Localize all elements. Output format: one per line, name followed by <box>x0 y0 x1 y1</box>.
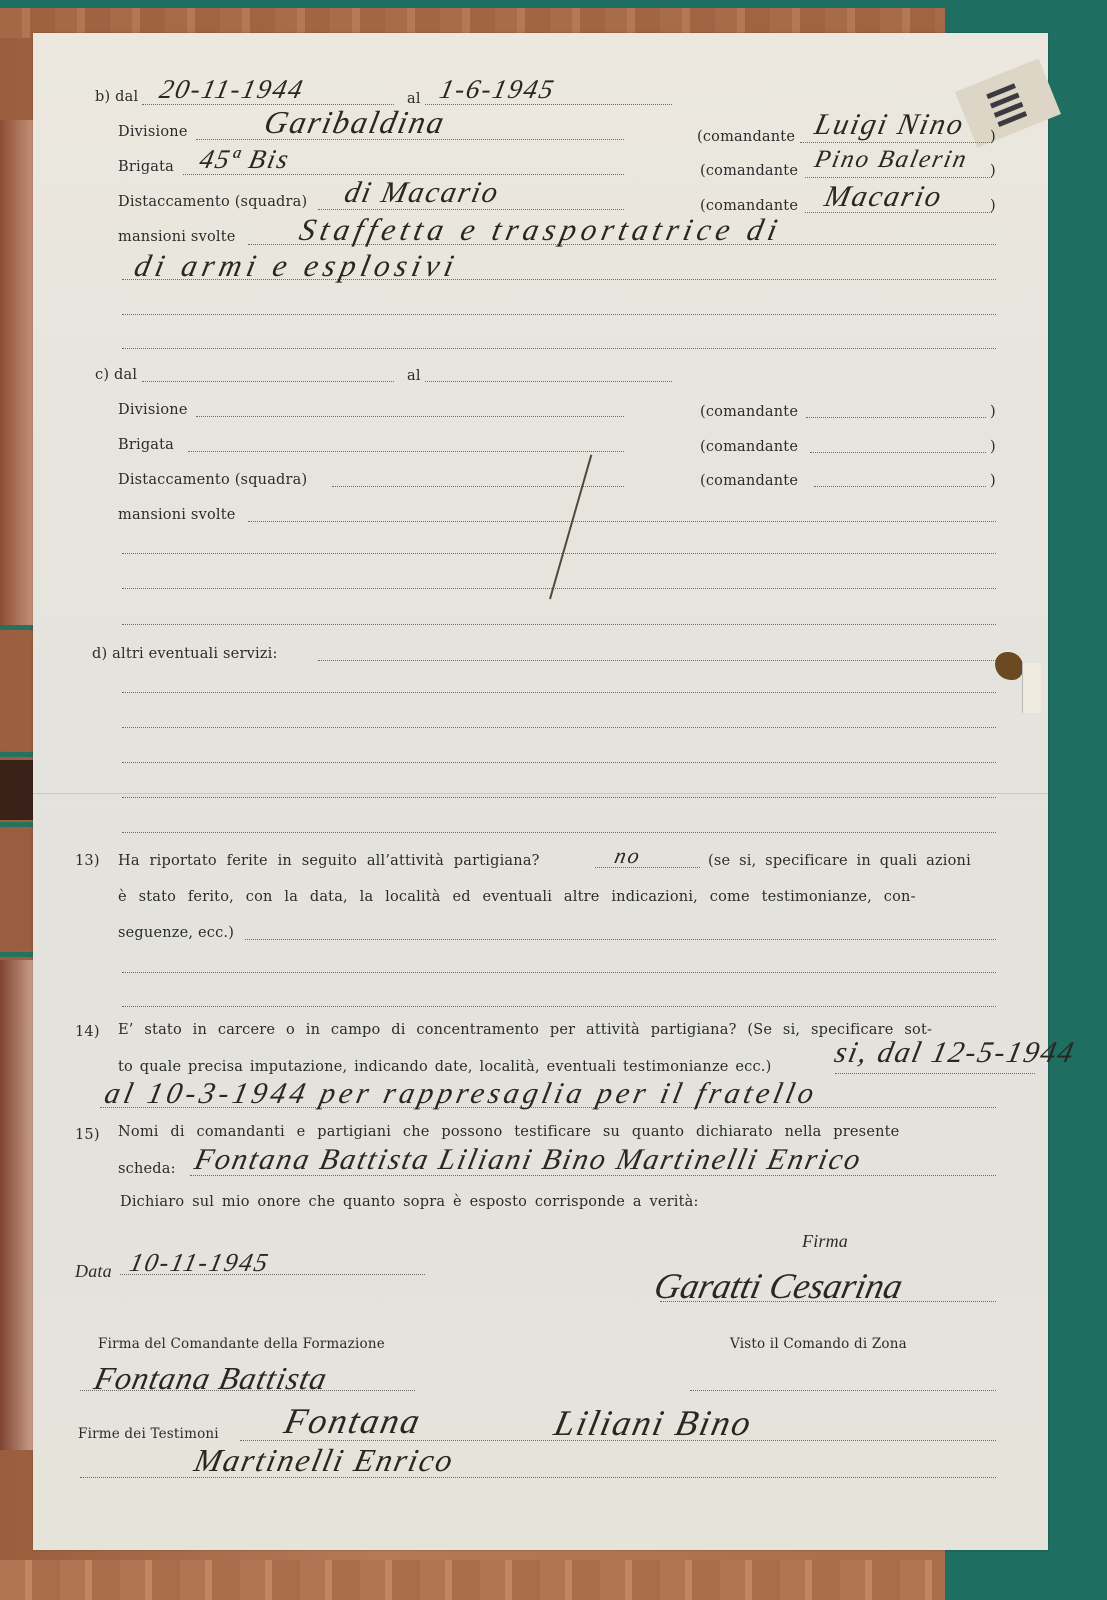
b-brigata-comandante-label: (comandante <box>700 163 798 179</box>
q13-line3-dots <box>245 939 996 940</box>
b-distaccamento-value: di Macario <box>341 176 502 210</box>
binder-spine <box>0 760 34 820</box>
b-mansioni-value-2: di armi e esplosivi <box>131 248 462 284</box>
d-line-3 <box>122 727 996 728</box>
firma-signature: Garatti Cesarina <box>651 1265 907 1307</box>
q13-line3: seguenze, ecc.) <box>118 925 234 941</box>
c-dal-line <box>142 381 394 382</box>
b-brigata-comandante-line <box>805 177 992 178</box>
b-divisione-value: Garibaldina <box>261 104 449 141</box>
q14-line1: E’ stato in carcere o in campo di concen… <box>118 1022 932 1038</box>
c-divisione-close: ) <box>990 404 996 420</box>
paper-fold <box>33 793 1048 794</box>
q14-answer-2: al 10-3-1944 per rappresaglia per il fra… <box>101 1077 820 1111</box>
visto-label: Visto il Comando di Zona <box>730 1336 907 1352</box>
binder-band <box>0 952 34 957</box>
b-distaccamento-comandante-value: Macario <box>821 180 946 214</box>
q15-scheda-label: scheda: <box>118 1161 176 1177</box>
testimoni-label: Firme dei Testimoni <box>78 1426 219 1442</box>
c-distaccamento-comandante-line <box>814 486 986 487</box>
c-mansioni-line-1 <box>248 521 996 522</box>
c-brigata-label: Brigata <box>118 437 174 453</box>
b-brigata-comandante-value: Pino Balerin <box>812 146 970 174</box>
q13-extra-line-2 <box>122 1006 996 1007</box>
q13-answer: no <box>612 843 644 869</box>
d-line-6 <box>122 832 996 833</box>
data-label: Data <box>75 1261 112 1282</box>
q15-answer: Fontana Battista Liliani Bino Martinelli… <box>191 1143 865 1177</box>
c-divisione-line <box>196 416 624 417</box>
c-brigata-line <box>188 451 624 452</box>
b-mansioni-line-3 <box>122 314 996 315</box>
c-mansioni-label: mansioni svolte <box>118 507 236 523</box>
b-al-value: 1-6-1945 <box>437 74 559 105</box>
comandante-formazione-label: Firma del Comandante della Formazione <box>98 1336 385 1352</box>
visto-line <box>690 1390 996 1391</box>
binder-spine <box>0 830 34 950</box>
q13-line1-cont: (se si, specificare in quali azioni <box>708 853 971 869</box>
binder-spine <box>0 960 34 1450</box>
b-brigata-value: 45ª Bis <box>197 144 293 175</box>
data-value: 10-11-1945 <box>127 1248 273 1278</box>
d-line-4 <box>122 762 996 763</box>
c-mansioni-line-3 <box>122 588 996 589</box>
binder-band <box>0 625 34 630</box>
d-line-1 <box>318 660 996 661</box>
d-line-2 <box>122 692 996 693</box>
c-al-line <box>425 381 672 382</box>
testimoni-signature-1: Fontana <box>281 1400 426 1442</box>
b-distaccamento-close: ) <box>990 198 996 214</box>
q14-answer-1: si, dal 12-5-1944 <box>831 1036 1078 1070</box>
q13-line2: è stato ferito, con la data, la località… <box>118 889 916 905</box>
testimoni-signature-2: Liliani Bino <box>551 1402 757 1444</box>
binder-band <box>0 822 34 827</box>
b-brigata-label: Brigata <box>118 159 174 175</box>
b-dal-label: b) dal <box>95 89 138 105</box>
d-line-5 <box>122 797 996 798</box>
c-distaccamento-close: ) <box>990 473 996 489</box>
b-divisione-close: ) <box>990 129 996 145</box>
q14-number: 14) <box>75 1024 100 1040</box>
binder-spine <box>0 120 34 630</box>
c-al-label: al <box>407 368 421 384</box>
b-mansioni-line-4 <box>122 348 996 349</box>
q14-line2: to quale precisa imputazione, indicando … <box>118 1059 771 1075</box>
c-divisione-comandante-label: (comandante <box>700 404 798 420</box>
d-label: d) altri eventuali servizi: <box>92 646 278 662</box>
c-divisione-label: Divisione <box>118 402 188 418</box>
corner-stamp <box>955 58 1061 147</box>
q14-answer-line-1 <box>835 1073 1035 1074</box>
c-divisione-comandante-line <box>806 417 986 418</box>
c-brigata-comandante-line <box>810 452 986 453</box>
firma-label: Firma <box>802 1231 848 1252</box>
b-divisione-comandante-line <box>800 142 992 143</box>
wood-board-bottom-edge <box>0 1560 945 1600</box>
c-mansioni-line-2 <box>122 553 996 554</box>
comandante-formazione-signature: Fontana Battista <box>91 1360 331 1397</box>
declaration-text: Dichiaro sul mio onore che quanto sopra … <box>120 1194 699 1210</box>
binder-band <box>0 752 34 757</box>
b-divisione-label: Divisione <box>118 124 188 140</box>
c-distaccamento-comandante-label: (comandante <box>700 473 798 489</box>
q13-line1: Ha riportato ferite in seguito all’attiv… <box>118 853 540 869</box>
q15-number: 15) <box>75 1127 100 1143</box>
c-brigata-close: ) <box>990 439 996 455</box>
b-distaccamento-label: Distaccamento (squadra) <box>118 194 307 210</box>
q13-answer-line <box>595 867 700 868</box>
b-mansioni-value-1: Staffetta e trasportatrice di <box>296 212 785 248</box>
binder-spine <box>0 640 34 750</box>
c-distaccamento-label: Distaccamento (squadra) <box>118 472 307 488</box>
paper-tear-flap <box>1022 663 1041 713</box>
b-divisione-comandante-label: (comandante <box>697 129 795 145</box>
q13-extra-line-1 <box>122 972 996 973</box>
b-mansioni-label: mansioni svolte <box>118 229 236 245</box>
c-mansioni-line-4 <box>122 624 996 625</box>
testimoni-signature-3: Martinelli Enrico <box>191 1442 458 1479</box>
c-brigata-comandante-label: (comandante <box>700 439 798 455</box>
c-dal-label: c) dal <box>95 367 137 383</box>
q15-line1: Nomi di comandanti e partigiani che poss… <box>118 1124 899 1140</box>
b-brigata-close: ) <box>990 163 996 179</box>
q13-number: 13) <box>75 853 100 869</box>
b-dal-value: 20-11-1944 <box>157 74 308 105</box>
b-divisione-comandante-value: Luigi Nino <box>811 108 967 142</box>
